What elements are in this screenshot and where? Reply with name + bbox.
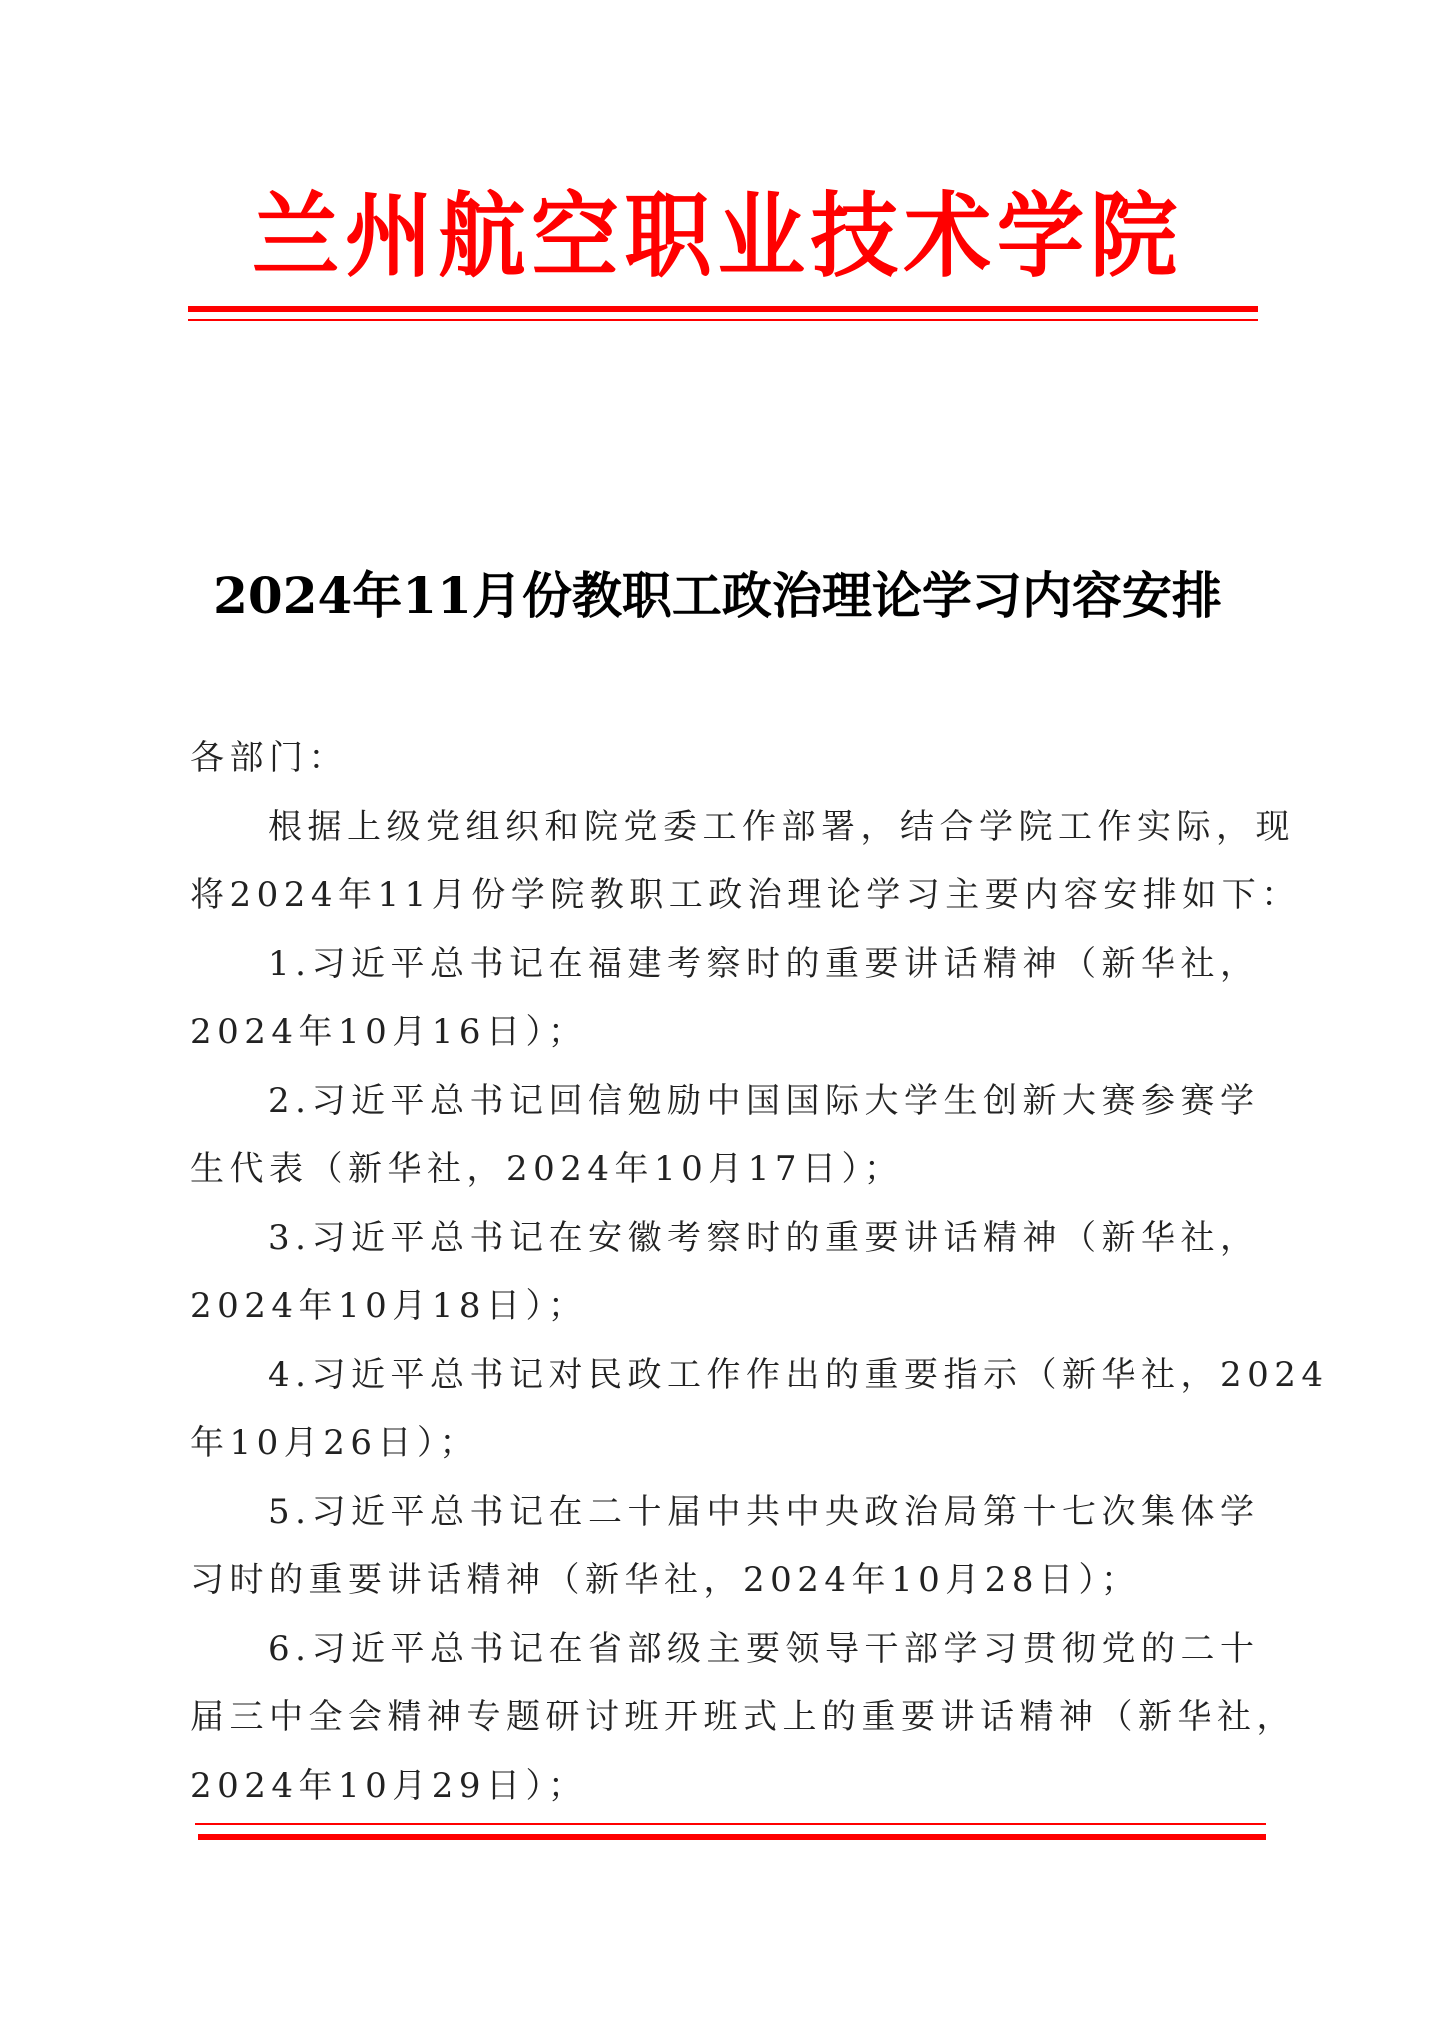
footer-rule-thick xyxy=(198,1834,1266,1840)
item-5-line-1: 5.习近平总书记在二十届中共中央政治局第十七次集体学 xyxy=(190,1478,1266,1547)
letterhead-rule-thin xyxy=(188,319,1258,321)
document-title: 2024年11月份教职工政治理论学习内容安排 xyxy=(0,566,1435,626)
document-page: 兰州航空职业技术学院 2024年11月份教职工政治理论学习内容安排 各部门： 根… xyxy=(0,0,1435,2037)
footer-rule-thin xyxy=(195,1823,1266,1825)
item-2-line-2: 生代表（新华社，2024年10月17日）； xyxy=(190,1135,1266,1204)
item-4-line-1: 4.习近平总书记对民政工作作出的重要指示（新华社，2024 xyxy=(190,1341,1266,1410)
item-3-line-1: 3.习近平总书记在安徽考察时的重要讲话精神（新华社， xyxy=(190,1204,1266,1273)
item-1-line-2: 2024年10月16日）； xyxy=(190,998,1266,1067)
item-6-line-3: 2024年10月29日）； xyxy=(190,1752,1266,1821)
letterhead-rule-thick xyxy=(188,306,1258,312)
item-2-line-1: 2.习近平总书记回信勉励中国国际大学生创新大赛参赛学 xyxy=(190,1067,1266,1136)
item-3-line-2: 2024年10月18日）； xyxy=(190,1272,1266,1341)
institution-letterhead-title: 兰州航空职业技术学院 xyxy=(36,176,1399,296)
intro-line-1: 根据上级党组织和院党委工作部署，结合学院工作实际，现 xyxy=(190,793,1266,862)
item-6-line-2: 届三中全会精神专题研讨班开班式上的重要讲话精神（新华社， xyxy=(190,1683,1266,1752)
intro-line-2: 将2024年11月份学院教职工政治理论学习主要内容安排如下： xyxy=(190,861,1266,930)
salutation: 各部门： xyxy=(190,724,1266,793)
item-6-line-1: 6.习近平总书记在省部级主要领导干部学习贯彻党的二十 xyxy=(190,1615,1266,1684)
item-4-line-2: 年10月26日）； xyxy=(190,1409,1266,1478)
item-1-line-1: 1.习近平总书记在福建考察时的重要讲话精神（新华社， xyxy=(190,930,1266,999)
item-5-line-2: 习时的重要讲话精神（新华社，2024年10月28日）； xyxy=(190,1546,1266,1615)
document-body: 各部门： 根据上级党组织和院党委工作部署，结合学院工作实际，现 将2024年11… xyxy=(190,724,1266,1820)
